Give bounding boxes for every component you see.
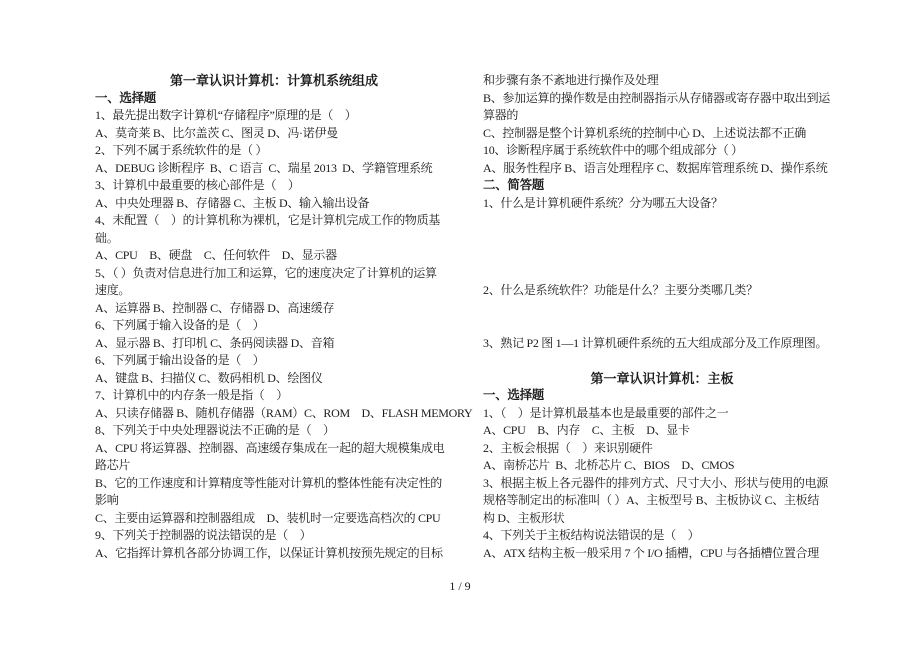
text-line: 1、（ ）是计算机最基本也是最重要的部件之一: [483, 405, 841, 423]
text-line: 2、什么是系统软件？功能是什么？主要分类哪几类？: [483, 282, 841, 300]
section-heading: 二、简答题: [483, 177, 841, 195]
text-line: C、控制器是整个计算机系统的控制中心 D、上述说法都不正确: [483, 125, 841, 143]
text-line: 4、未配置（ ）的计算机称为裸机，它是计算机完成工作的物质基: [95, 212, 453, 230]
text-line: 9、下列关于控制器的说法错误的是（ ）: [95, 527, 453, 545]
text-line: A、南桥芯片 B、北桥芯片 C、BIOS D、CMOS: [483, 457, 841, 475]
text-line: 构 D、主板形状: [483, 510, 841, 528]
text-line: 5、（ ）负责对信息进行加工和运算，它的速度决定了计算机的运算: [95, 265, 453, 283]
text-line: A、它指挥计算机各部分协调工作，以保证计算机按预先规定的目标: [95, 545, 453, 563]
page-number-footer: 1 / 9: [0, 579, 920, 594]
text-line: A、服务性程序 B、语言处理程序 C、数据库管理系统 D、操作系统: [483, 160, 841, 178]
text-line: 路芯片: [95, 457, 453, 475]
text-line: [483, 317, 841, 335]
text-line: 1、什么是计算机硬件系统？分为哪五大设备？: [483, 195, 841, 213]
document-column-right: 和步骤有条不紊地进行操作及处理B、参加运算的操作数是由控制器指示从存储器或寄存器…: [483, 72, 841, 562]
text-line: 础。: [95, 230, 453, 248]
text-line: [483, 212, 841, 230]
text-line: [483, 352, 841, 370]
text-line: A、显示器 B、打印机 C、条码阅读器 D、音箱: [95, 335, 453, 353]
text-line: 和步骤有条不紊地进行操作及处理: [483, 72, 841, 90]
text-line: A、键盘 B、扫描仪 C、数码相机 D、绘图仪: [95, 370, 453, 388]
text-line: 2、主板会根据（ ）来识别硬件: [483, 440, 841, 458]
section-title: 第一章认识计算机：计算机系统组成: [95, 72, 453, 90]
text-line: 规格等制定出的标准叫（ ）A、主板型号 B、主板协议 C、主板结: [483, 492, 841, 510]
section-heading: 一、选择题: [483, 387, 841, 405]
text-line: A、只读存储器 B、随机存储器（RAM）C、ROM D、FLASH MEMORY: [95, 405, 453, 423]
text-line: 速度。: [95, 282, 453, 300]
text-line: A、ATX 结构主板一般采用 7 个 I/O 插槽，CPU 与各插槽位置合理: [483, 545, 841, 563]
text-line: 8、下列关于中央处理器说法不正确的是（ ）: [95, 422, 453, 440]
text-line: A、运算器 B、控制器 C、存储器 D、高速缓存: [95, 300, 453, 318]
text-line: A、中央处理器 B、存储器 C、主板 D、输入输出设备: [95, 195, 453, 213]
section-title: 第一章认识计算机：主板: [483, 370, 841, 388]
text-line: C、主要由运算器和控制器组成 D、装机时一定要选高档次的 CPU: [95, 510, 453, 528]
text-line: 4、下列关于主板结构说法错误的是（ ）: [483, 527, 841, 545]
text-line: B、它的工作速度和计算精度等性能对计算机的整体性能有决定性的: [95, 475, 453, 493]
text-line: 影响: [95, 492, 453, 510]
text-line: B、参加运算的操作数是由控制器指示从存储器或寄存器中取出到运: [483, 90, 841, 108]
text-line: A、莫奇莱 B、比尔盖茨 C、图灵 D、冯·诺伊曼: [95, 125, 453, 143]
text-line: [483, 300, 841, 318]
text-line: 3、计算机中最重要的核心部件是（ ）: [95, 177, 453, 195]
text-line: 算器的: [483, 107, 841, 125]
text-line: 6、下列属于输出设备的是（ ）: [95, 352, 453, 370]
text-line: 1、最先提出数字计算机“存储程序”原理的是（ ）: [95, 107, 453, 125]
text-line: A、CPU B、硬盘 C、任何软件 D、显示器: [95, 247, 453, 265]
text-line: [483, 247, 841, 265]
text-line: 6、下列属于输入设备的是（ ）: [95, 317, 453, 335]
text-line: [483, 230, 841, 248]
document-column-left: 第一章认识计算机：计算机系统组成一、选择题1、最先提出数字计算机“存储程序”原理…: [95, 72, 453, 562]
text-line: A、CPU 将运算器、控制器、高速缓存集成在一起的超大规模集成电: [95, 440, 453, 458]
section-heading: 一、选择题: [95, 90, 453, 108]
text-line: A、DEBUG 诊断程序 B、C 语言 C、瑞星 2013 D、学籍管理系统: [95, 160, 453, 178]
text-line: 3、熟记 P2 图 1—1 计算机硬件系统的五大组成部分及工作原理图。: [483, 335, 841, 353]
text-line: 10、诊断程序属于系统软件中的哪个组成部分（ ）: [483, 142, 841, 160]
text-line: [483, 265, 841, 283]
text-line: A、CPU B、内存 C、主板 D、显卡: [483, 422, 841, 440]
document-page: 第一章认识计算机：计算机系统组成一、选择题1、最先提出数字计算机“存储程序”原理…: [0, 0, 920, 651]
text-line: 3、根据主板上各元器件的排列方式、尺寸大小、形状与使用的电源: [483, 475, 841, 493]
text-line: 7、计算机中的内存条一般是指（ ）: [95, 387, 453, 405]
text-line: 2、下列不属于系统软件的是（ ）: [95, 142, 453, 160]
